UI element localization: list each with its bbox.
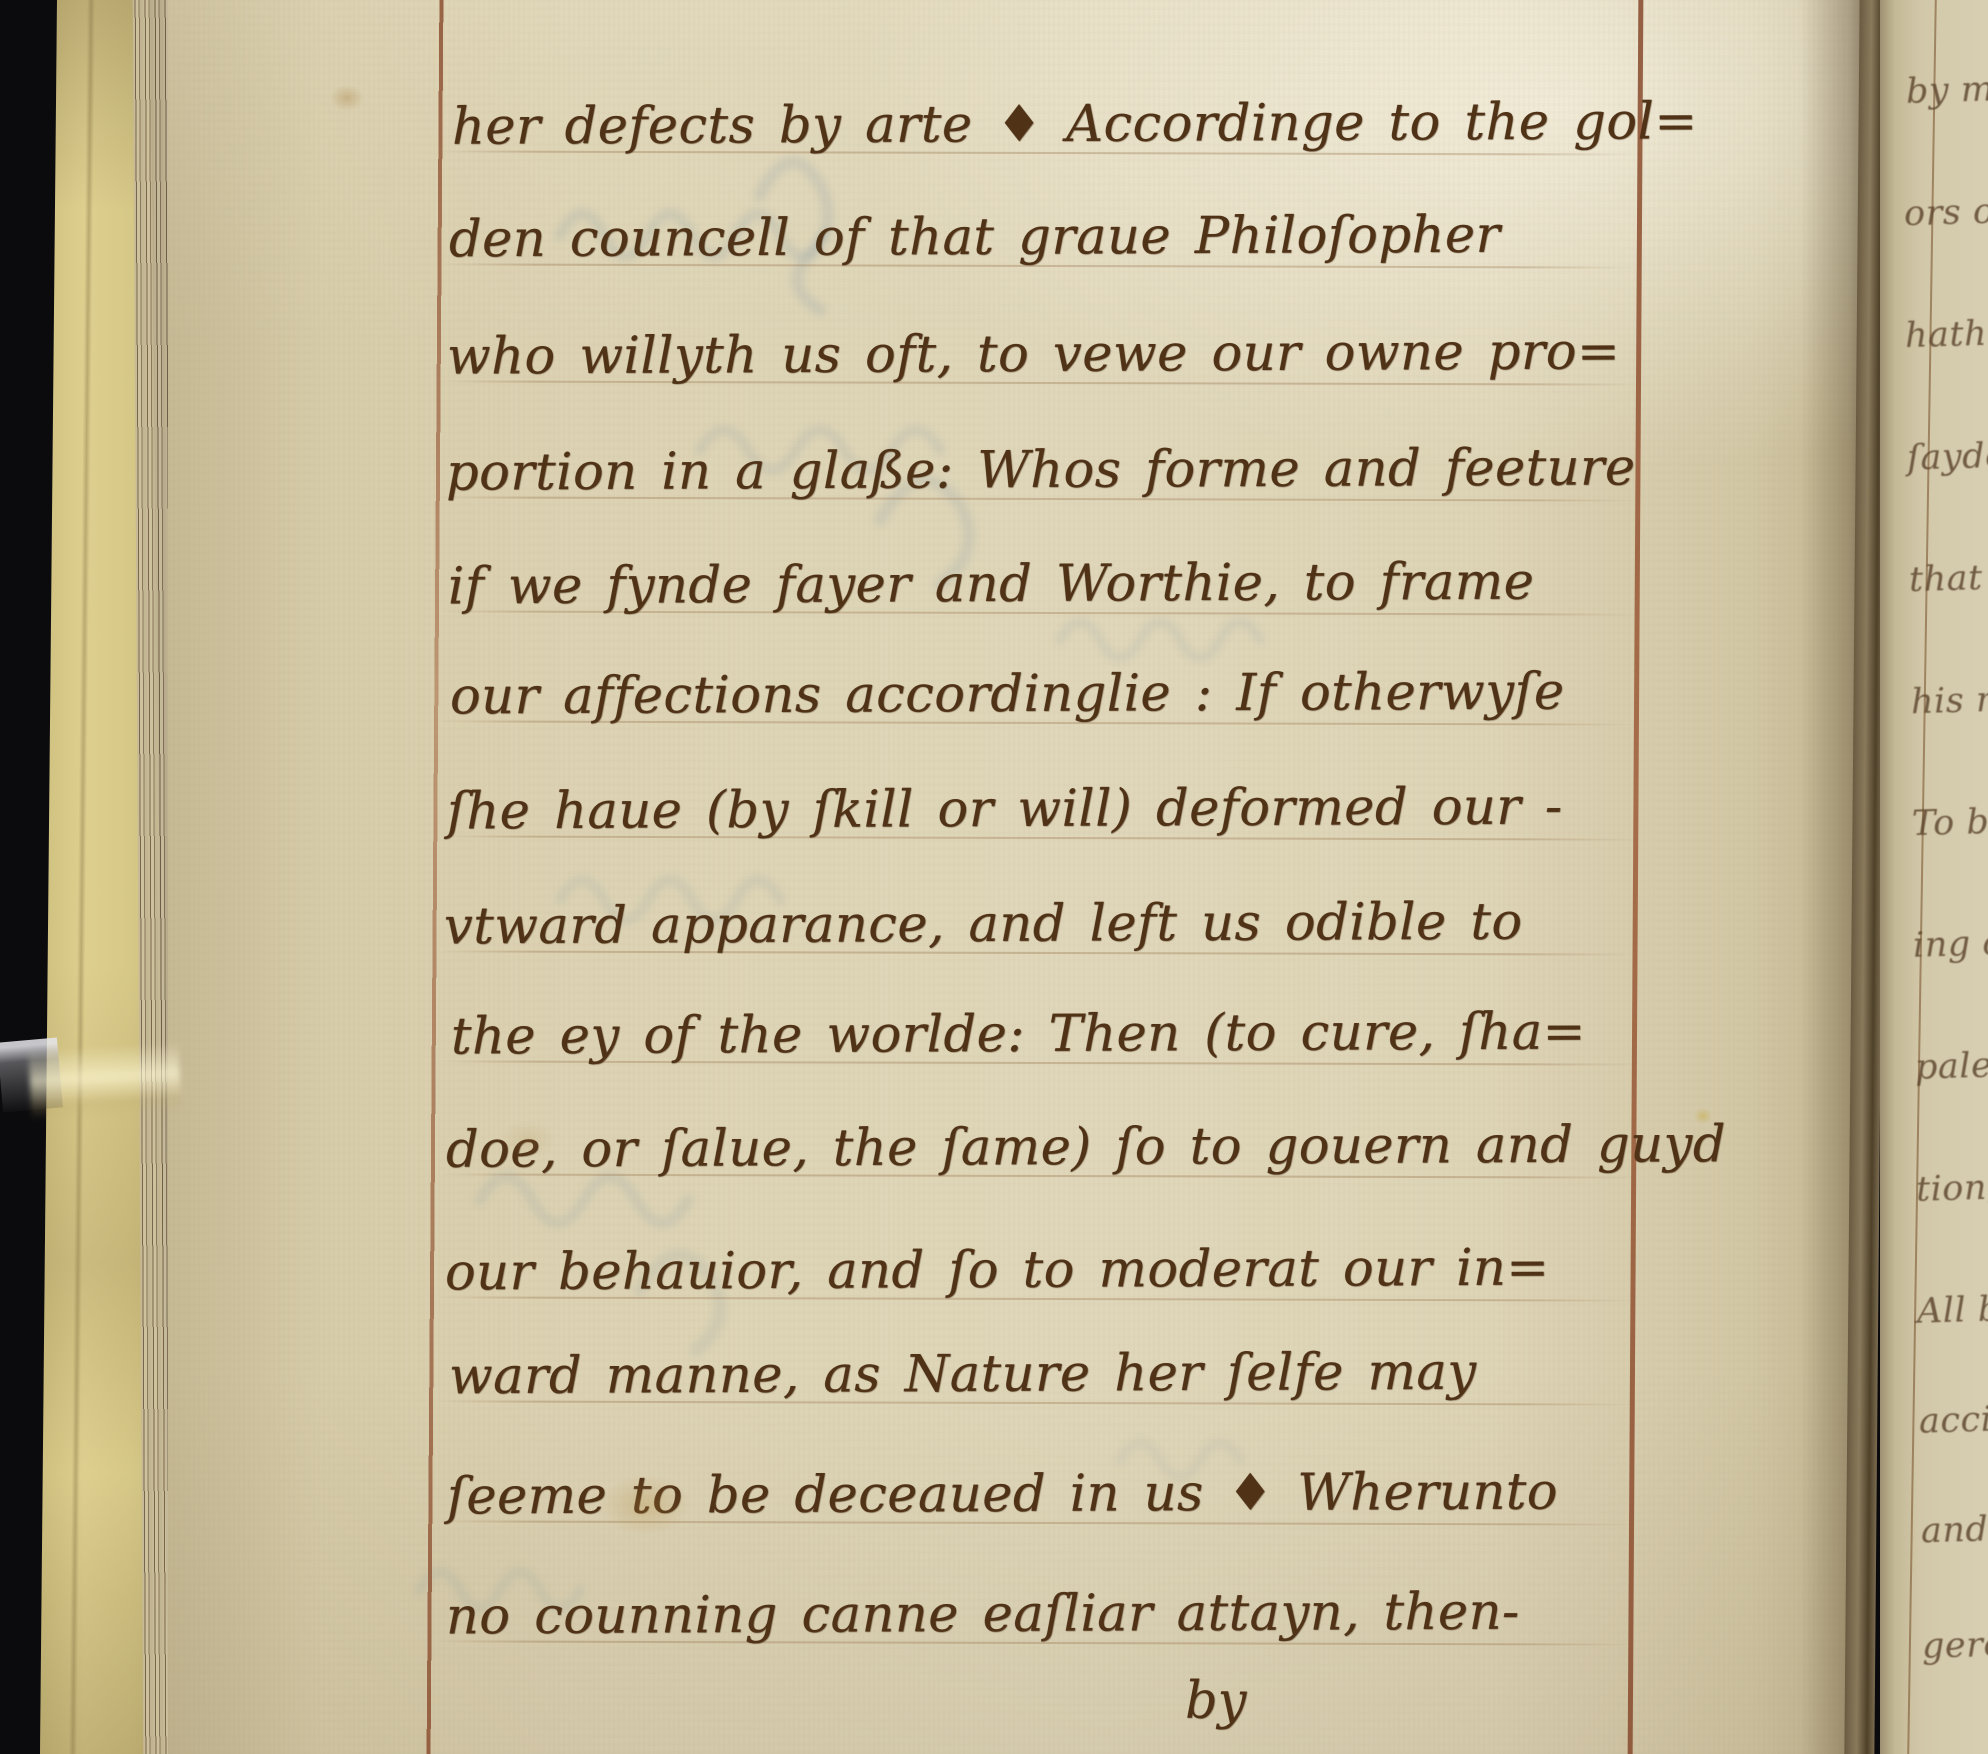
manuscript-line: her defects by arte ♦ Accordinge to the … — [452, 92, 1698, 156]
stain — [600, 1475, 690, 1535]
manuscript-line: our affections accordinglie : If otherwy… — [450, 663, 1565, 727]
strap-highlight — [28, 1042, 181, 1120]
manuscript-line: our behauior, and ſo to moderat our in= — [445, 1239, 1550, 1303]
manuscript-line: doe, or ſalue, the ſame) ſo to gouern an… — [446, 1115, 1726, 1180]
next-page-text-fragment: gerous — [1921, 1623, 1988, 1666]
stain — [1694, 1108, 1712, 1124]
manuscript-photo: her defects by arte ♦ Accordinge to the … — [0, 0, 1988, 1754]
next-page-text-fragment: To be cu — [1911, 800, 1988, 844]
next-page-text-fragment: tion, to — [1915, 1166, 1988, 1210]
manuscript-line: portion in a glaße: Whos forme and feetu… — [446, 438, 1636, 502]
stain — [330, 85, 364, 111]
catchword: by — [1185, 1672, 1246, 1731]
next-page-text-fragment: that ye f — [1908, 556, 1988, 600]
manuscript-line: the ey of the worlde: Then (to cure, ſha… — [451, 1003, 1586, 1067]
next-page-text-fragment: pale fe — [1914, 1044, 1988, 1087]
next-page-sliver — [1880, 0, 1988, 1754]
manuscript-line: if we fynde fayer and Worthie, to frame — [448, 553, 1535, 617]
next-page-text-fragment: All bre — [1916, 1288, 1988, 1331]
next-page-text-fragment: ſayde of a — [1906, 434, 1988, 479]
next-page-text-fragment: ing cry — [1912, 922, 1988, 966]
next-page-text-fragment: and f — [1920, 1509, 1988, 1552]
manuscript-line: vtward apparance, and left us odible to — [444, 893, 1523, 957]
next-page-text-fragment: hath mo — [1904, 312, 1988, 356]
next-page-text-fragment: ors of at — [1903, 190, 1988, 234]
manuscript-line: no counning canne eaſliar attayn, then- — [446, 1583, 1520, 1647]
manuscript-line: ward manne, as Nature her ſelfe may — [449, 1343, 1477, 1406]
manuscript-line: ſhe haue (by ſkill or will) deformed our… — [447, 778, 1563, 842]
next-page-text-fragment: by mak — [1905, 68, 1988, 112]
manuscript-line: den councell of that graue Philoſopher — [449, 206, 1501, 270]
next-page-text-fragment: accide — [1918, 1398, 1988, 1441]
stain — [500, 1120, 556, 1160]
manuscript-line: who willyth us oft, to vewe our owne pro… — [447, 322, 1620, 386]
next-page-text-fragment: his mans — [1910, 678, 1988, 722]
